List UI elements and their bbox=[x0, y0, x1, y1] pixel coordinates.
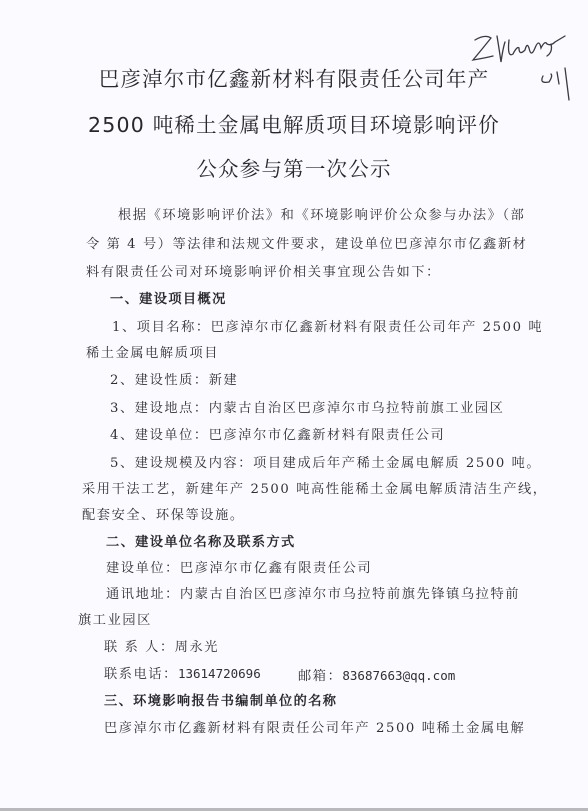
section-1-heading: 一、建设项目概况 bbox=[110, 288, 227, 307]
project-name-line-1: 1、项目名称：巴彦淖尔市亿鑫新材料有限责任公司年产 2500 吨 bbox=[112, 316, 543, 335]
contact-person-label: 联 系 人： bbox=[104, 640, 175, 655]
contact-phone: 联系电话：13614720696 bbox=[104, 663, 261, 682]
document-title-line-1: 巴彦淖尔市亿鑫新材料有限责任公司年产 bbox=[0, 62, 588, 92]
construction-scale-line-2: 采用干法工艺，新建年产 2500 吨高性能稀土金属电解质清洁生产线， bbox=[82, 478, 548, 497]
address-line-1: 通讯地址：内蒙古自治区巴彦淖尔市乌拉特前旗先锋镇乌拉特前 bbox=[106, 583, 520, 602]
phone-label: 联系电话： bbox=[104, 667, 178, 682]
intro-line-3: 料有限责任公司对环境影响评价相关事宜现公告如下： bbox=[86, 261, 441, 280]
email-label: 邮箱： bbox=[298, 669, 342, 684]
phone-number: 13614720696 bbox=[178, 666, 261, 681]
construction-nature: 2、建设性质：新建 bbox=[110, 369, 238, 388]
email-address: 83687663@qq.com bbox=[342, 668, 455, 683]
section-3-heading: 三、环境影响报告书编制单位的名称 bbox=[104, 690, 337, 709]
contact-person: 联 系 人：周永光 bbox=[104, 636, 219, 655]
document-title-line-3: 公众参与第一次公示 bbox=[0, 152, 588, 182]
project-name-line-2: 稀土金属电解质项目 bbox=[86, 342, 219, 361]
intro-line-1: 根据《环境影响评价法》和《环境影响评价公众参与办法》（部 bbox=[118, 204, 525, 223]
construction-unit: 4、建设单位：巴彦淖尔市亿鑫新材料有限责任公司 bbox=[110, 424, 445, 443]
construction-scale-line-1: 5、建设规模及内容：项目建成后年产稀土金属电解质 2500 吨。 bbox=[110, 452, 541, 471]
contact-person-name: 周永光 bbox=[175, 640, 219, 655]
construction-scale-line-3: 配套安全、环保等设施。 bbox=[82, 504, 245, 523]
section-2-heading: 二、建设单位名称及联系方式 bbox=[106, 531, 296, 550]
contact-email: 邮箱：83687663@qq.com bbox=[298, 665, 455, 684]
address-line-2: 旗工业园区 bbox=[78, 609, 152, 628]
document-page: 巴彦淖尔市亿鑫新材料有限责任公司年产 2500 吨稀土金属电解质项目环境影响评价… bbox=[0, 0, 588, 808]
contact-unit: 建设单位：巴彦淖尔市亿鑫有限责任公司 bbox=[106, 557, 372, 576]
construction-location: 3、建设地点：内蒙古自治区巴彦淖尔市乌拉特前旗工业园区 bbox=[110, 397, 504, 416]
document-title-line-2: 2500 吨稀土金属电解质项目环境影响评价 bbox=[0, 108, 588, 138]
intro-line-2: 令 第 4 号）等法律和法规文件要求，建设单位巴彦淖尔市亿鑫新材 bbox=[86, 233, 527, 252]
section-3-text: 巴彦淖尔市亿鑫新材料有限责任公司年产 2500 吨稀土金属电解 bbox=[104, 717, 525, 736]
